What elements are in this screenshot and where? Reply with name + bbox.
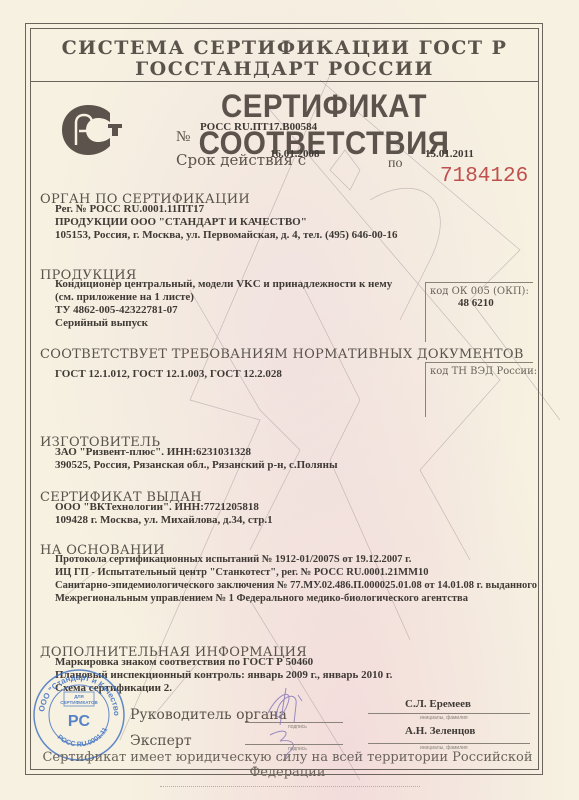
header-divider [30, 81, 539, 82]
agency-heading: ГОССТАНДАРТ РОССИИ [30, 58, 539, 80]
manufacturer-line: ЗАО "Ризвент-плюс". ИНН:6231031328 [55, 446, 251, 458]
number-label: № [176, 129, 190, 146]
tnved-code-label: код ТН ВЭД России: [430, 366, 537, 377]
head-name: С.Л. Еремеев [405, 698, 471, 710]
product-line: Кондиционер центральный, модели VKC и пр… [55, 278, 392, 290]
certification-body-line: Рег. № РОСС RU.0001.11ПТ17 [55, 203, 204, 215]
svg-text:СЕРТИФИКАТОВ: СЕРТИФИКАТОВ [60, 700, 98, 705]
product-line: ТУ 4862-005-42322781-07 [55, 304, 178, 316]
okp-code-value: 48 6210 [458, 297, 494, 309]
basis-line: Протокола сертификационных испытаний № 1… [55, 554, 411, 565]
product-line: (см. приложение на 1 листе) [55, 291, 194, 303]
valid-from-date: 16.01.2008 [270, 148, 320, 160]
seal-stamp-icon: ООО "Стандарт и Качество" РОСС RU.0001.1… [32, 668, 126, 762]
legal-validity-footer: Сертификат имеет юридическую силу на все… [40, 750, 535, 780]
expert-name-line [368, 743, 530, 744]
manufacturer-line: 390525, Россия, Рязанская обл., Рязански… [55, 459, 338, 471]
certificate-number: РОСС RU.ПТ17.В00584 [200, 121, 317, 133]
head-name-line [368, 713, 530, 714]
conformity-title: СООТВЕТСТВУЕТ ТРЕБОВАНИЯМ НОРМАТИВНЫХ ДО… [40, 347, 524, 362]
issued-to-line: ООО "ВКТехнологии". ИНН:7721205818 [55, 501, 259, 513]
basis-line: ИЦ ГП - Испытательный центр "Станкотест"… [55, 567, 429, 578]
okp-code-label: код ОК 005 (ОКП): [430, 286, 529, 297]
name-caption: инициалы, фамилия [420, 715, 468, 721]
product-line: Серийный выпуск [55, 317, 148, 329]
expert-role-label: Эксперт [130, 733, 192, 749]
basis-line: Межрегиональным управлением № 1 Федераль… [55, 593, 468, 604]
rst-logo-icon [62, 105, 124, 155]
svg-text:PC: PC [68, 713, 91, 730]
valid-to-date: 15.01.2011 [425, 148, 474, 160]
printer-fineprint [160, 786, 420, 788]
system-heading: СИСТЕМА СЕРТИФИКАЦИИ ГОСТ Р [30, 37, 539, 59]
certification-body-line: ПРОДУКЦИИ ООО "СТАНДАРТ И КАЧЕСТВО" [55, 216, 307, 228]
issued-to-line: 109428 г. Москва, ул. Михайлова, д.34, с… [55, 514, 273, 526]
additional-info-line: Маркировка знаком соответствия по ГОСТ Р… [55, 656, 313, 668]
serial-number: 7184126 [440, 165, 528, 188]
validity-to-label: по [388, 156, 403, 172]
basis-line: Санитарно-эпидемиологического заключения… [55, 580, 537, 591]
svg-text:ДЛЯ: ДЛЯ [74, 694, 84, 699]
certification-body-line: 105153, Россия, г. Москва, ул. Первомайс… [55, 229, 397, 241]
conformity-line: ГОСТ 12.1.012, ГОСТ 12.1.003, ГОСТ 12.2.… [55, 368, 282, 380]
expert-name: А.Н. Зеленцов [405, 725, 475, 737]
